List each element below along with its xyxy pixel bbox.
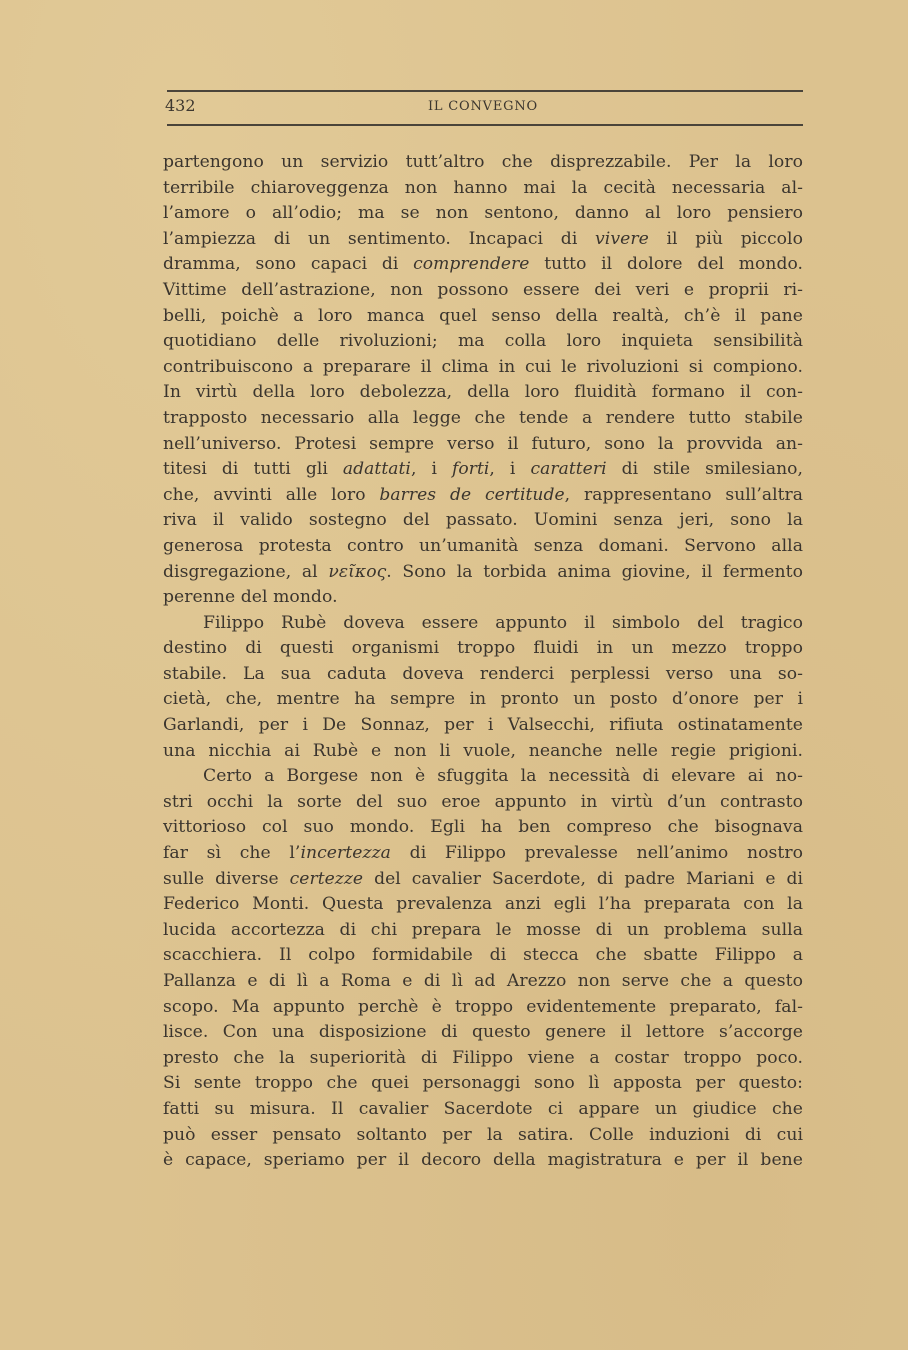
text-line: Federico Monti. Questa prevalenza anzi e…	[163, 892, 803, 918]
text-segment: Certo a Borgese non è sfuggita la necess…	[203, 766, 803, 786]
text-segment: può esser pensato soltanto per la satira…	[163, 1125, 803, 1145]
journal-title: IL CONVEGNO	[163, 99, 803, 114]
text-segment: , rappresentano sull’altra	[565, 485, 803, 505]
italic-text: vivere	[595, 229, 649, 249]
text-segment: lisce. Con una disposizione di questo ge…	[163, 1022, 803, 1042]
text-segment: Garlandi, per i De Sonnaz, per i Valsecc…	[163, 715, 803, 735]
text-segment: disgregazione, al	[163, 562, 328, 582]
italic-text: incertezza	[300, 843, 391, 863]
text-segment: è capace, speriamo per il decoro della m…	[163, 1150, 803, 1170]
text-line: contribuiscono a preparare il clima in c…	[163, 355, 803, 381]
text-segment: contribuiscono a preparare il clima in c…	[163, 357, 803, 377]
italic-text: adattati	[343, 459, 411, 479]
text-line: In virtù della loro debolezza, della lor…	[163, 380, 803, 406]
text-line: una nicchia ai Rubè e non li vuole, nean…	[163, 739, 803, 765]
text-line: titesi di tutti gli adattati, i forti, i…	[163, 457, 803, 483]
text-line: terribile chiaroveggenza non hanno mai l…	[163, 176, 803, 202]
text-segment: Filippo Rubè doveva essere appunto il si…	[203, 613, 803, 633]
text-line: Garlandi, per i De Sonnaz, per i Valsecc…	[163, 713, 803, 739]
text-segment: partengono un servizio tutt’altro che di…	[163, 152, 803, 172]
text-segment: far sì che l’	[163, 843, 300, 863]
text-segment: perenne del mondo.	[163, 587, 338, 607]
text-segment: una nicchia ai Rubè e non li vuole, nean…	[163, 741, 803, 761]
text-segment: stri occhi la sorte del suo eroe appunto…	[163, 792, 803, 812]
text-segment: . Sono la torbida anima giovine, il ferm…	[386, 562, 803, 582]
text-line: Si sente troppo che quei personaggi sono…	[163, 1071, 803, 1097]
text-line: cietà, che, mentre ha sempre in pronto u…	[163, 687, 803, 713]
text-segment: belli, poichè a loro manca quel senso de…	[163, 306, 803, 326]
text-line: l’ampiezza di un sentimento. Incapaci di…	[163, 227, 803, 253]
text-segment: terribile chiaroveggenza non hanno mai l…	[163, 178, 803, 198]
text-segment: l’amore o all’odio; ma se non sentono, d…	[163, 203, 803, 223]
text-segment: destino di questi organismi troppo fluid…	[163, 638, 803, 658]
text-segment: riva il valido sostegno del passato. Uom…	[163, 510, 803, 530]
text-segment: quotidiano delle rivoluzioni; ma colla l…	[163, 331, 803, 351]
text-line: può esser pensato soltanto per la satira…	[163, 1123, 803, 1149]
running-head: 432 IL CONVEGNO	[163, 96, 803, 118]
text-segment: presto che la superiorità di Filippo vie…	[163, 1048, 803, 1068]
italic-text: forti	[452, 459, 489, 479]
text-line: è capace, speriamo per il decoro della m…	[163, 1148, 803, 1174]
text-segment: In virtù della loro debolezza, della lor…	[163, 382, 803, 402]
italic-text: barres de certitude	[379, 485, 564, 505]
text-line: sulle diverse certezze del cavalier Sace…	[163, 867, 803, 893]
text-segment: Si sente troppo che quei personaggi sono…	[163, 1073, 803, 1093]
text-line: generosa protesta contro un’umanità senz…	[163, 534, 803, 560]
text-segment: tutto il dolore del mondo.	[529, 254, 803, 274]
body-text: partengono un servizio tutt’altro che di…	[163, 150, 803, 1174]
text-segment: fatti su misura. Il cavalier Sacerdote c…	[163, 1099, 803, 1119]
text-segment: sulle diverse	[163, 869, 290, 889]
text-segment: il più piccolo	[649, 229, 803, 249]
italic-text: comprendere	[413, 254, 529, 274]
text-segment: titesi di tutti gli	[163, 459, 343, 479]
text-segment: trapposto necessario alla legge che tend…	[163, 408, 803, 428]
header-rule-bottom	[167, 124, 803, 126]
text-segment: , i	[411, 459, 452, 479]
text-segment: del cavalier Sacerdote, di padre Mariani…	[363, 869, 803, 889]
text-line: scopo. Ma appunto perchè è troppo eviden…	[163, 995, 803, 1021]
text-segment: generosa protesta contro un’umanità senz…	[163, 536, 803, 556]
text-segment: cietà, che, mentre ha sempre in pronto u…	[163, 689, 803, 709]
text-segment: vittorioso col suo mondo. Egli ha ben co…	[163, 817, 803, 837]
text-segment: lucida accortezza di chi prepara le moss…	[163, 920, 803, 940]
text-segment: nell’universo. Protesi sempre verso il f…	[163, 434, 803, 454]
text-line: quotidiano delle rivoluzioni; ma colla l…	[163, 329, 803, 355]
text-line: stri occhi la sorte del suo eroe appunto…	[163, 790, 803, 816]
italic-text: νεῖκος	[328, 562, 386, 582]
text-segment: di Filippo prevalesse nell’animo nostro	[391, 843, 803, 863]
text-line: lucida accortezza di chi prepara le moss…	[163, 918, 803, 944]
text-line: Filippo Rubè doveva essere appunto il si…	[163, 611, 803, 637]
text-segment: Vittime dell’astrazione, non possono ess…	[163, 280, 803, 300]
text-line: trapposto necessario alla legge che tend…	[163, 406, 803, 432]
text-line: lisce. Con una disposizione di questo ge…	[163, 1020, 803, 1046]
italic-text: caratteri	[530, 459, 606, 479]
text-segment: , i	[489, 459, 530, 479]
text-line: stabile. La sua caduta doveva renderci p…	[163, 662, 803, 688]
text-line: belli, poichè a loro manca quel senso de…	[163, 304, 803, 330]
text-segment: di stile smilesiano,	[607, 459, 803, 479]
text-line: nell’universo. Protesi sempre verso il f…	[163, 432, 803, 458]
text-segment: Federico Monti. Questa prevalenza anzi e…	[163, 894, 803, 914]
text-line: l’amore o all’odio; ma se non sentono, d…	[163, 201, 803, 227]
text-line: partengono un servizio tutt’altro che di…	[163, 150, 803, 176]
text-segment: dramma, sono capaci di	[163, 254, 413, 274]
text-line: perenne del mondo.	[163, 585, 803, 611]
header-rule-top	[167, 90, 803, 92]
text-line: dramma, sono capaci di comprendere tutto…	[163, 252, 803, 278]
text-segment: scacchiera. Il colpo formidabile di stec…	[163, 945, 803, 965]
text-line: destino di questi organismi troppo fluid…	[163, 636, 803, 662]
text-segment: scopo. Ma appunto perchè è troppo eviden…	[163, 997, 803, 1017]
text-line: riva il valido sostegno del passato. Uom…	[163, 508, 803, 534]
text-line: presto che la superiorità di Filippo vie…	[163, 1046, 803, 1072]
text-line: far sì che l’incertezza di Filippo preva…	[163, 841, 803, 867]
text-line: Pallanza e di lì a Roma e di lì ad Arezz…	[163, 969, 803, 995]
text-segment: l’ampiezza di un sentimento. Incapaci di	[163, 229, 595, 249]
text-segment: che, avvinti alle loro	[163, 485, 379, 505]
text-line: vittorioso col suo mondo. Egli ha ben co…	[163, 815, 803, 841]
italic-text: certezze	[290, 869, 363, 889]
text-line: che, avvinti alle loro barres de certitu…	[163, 483, 803, 509]
text-line: fatti su misura. Il cavalier Sacerdote c…	[163, 1097, 803, 1123]
text-segment: Pallanza e di lì a Roma e di lì ad Arezz…	[163, 971, 803, 991]
text-line: Certo a Borgese non è sfuggita la necess…	[163, 764, 803, 790]
text-line: disgregazione, al νεῖκος. Sono la torbid…	[163, 560, 803, 586]
text-line: Vittime dell’astrazione, non possono ess…	[163, 278, 803, 304]
text-line: scacchiera. Il colpo formidabile di stec…	[163, 943, 803, 969]
text-segment: stabile. La sua caduta doveva renderci p…	[163, 664, 803, 684]
